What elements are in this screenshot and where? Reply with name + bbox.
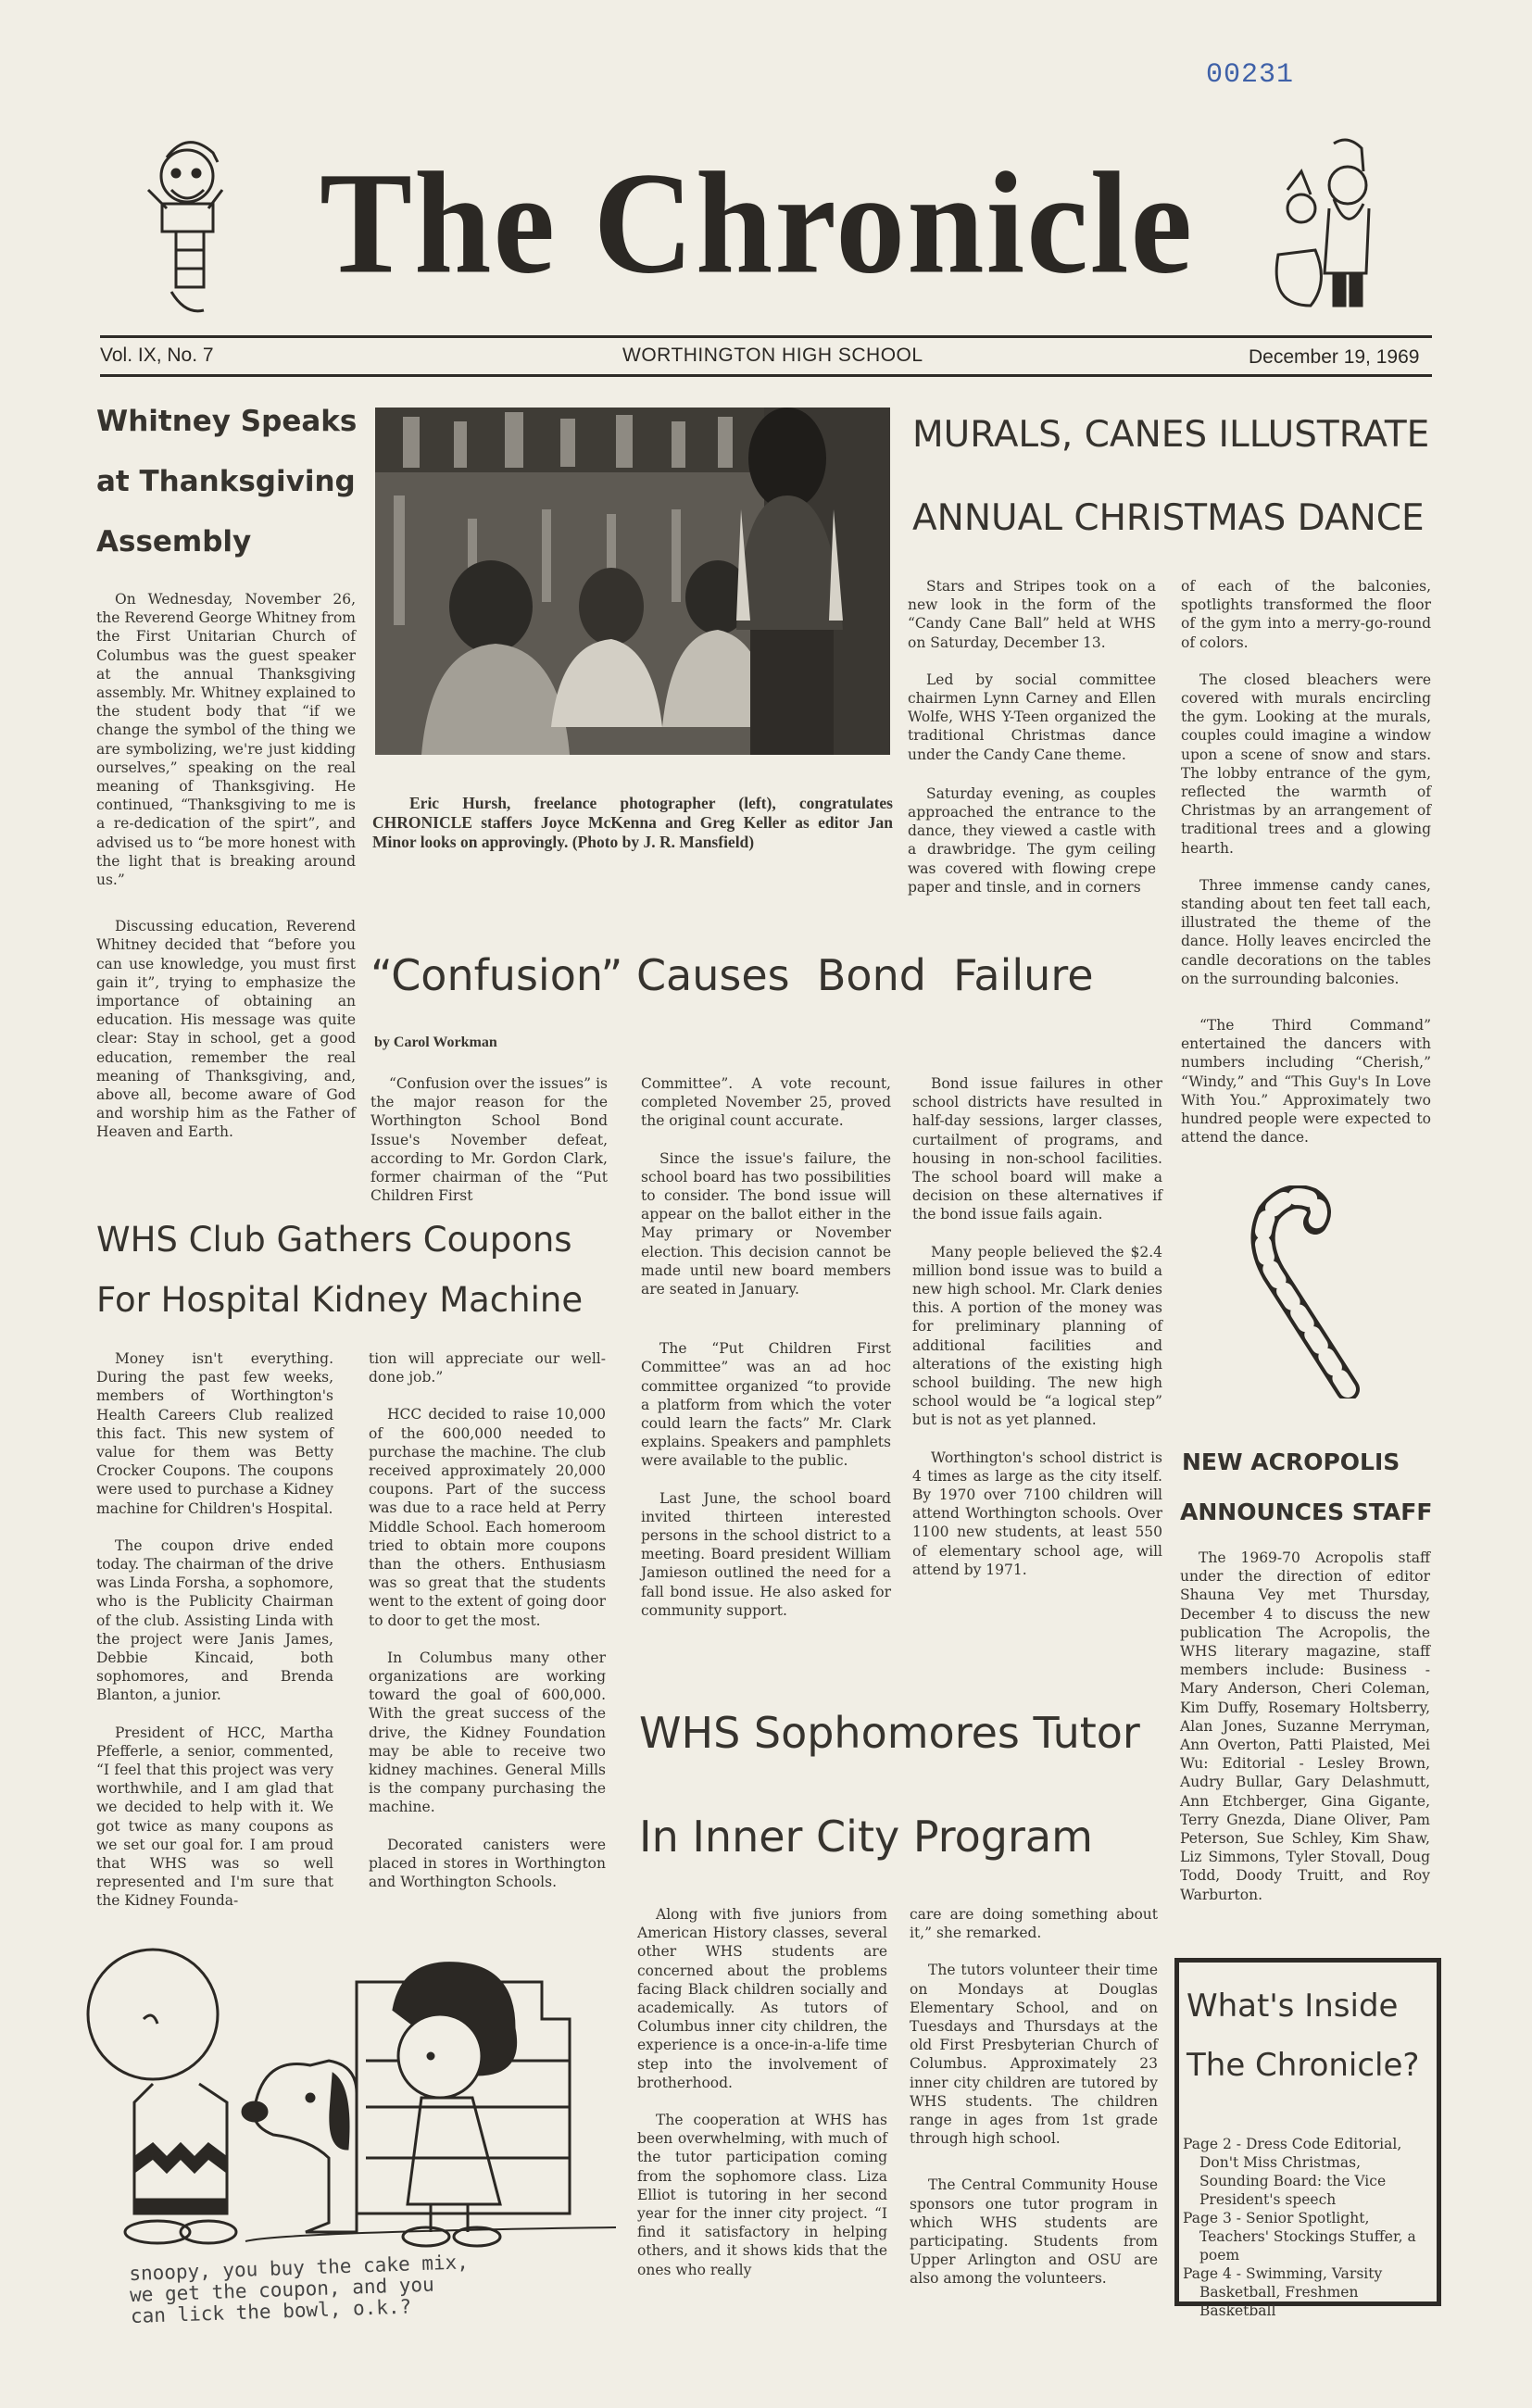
- candy-cane-icon: [1237, 1185, 1385, 1398]
- dance-headline-line-2: ANNUAL CHRISTMAS DANCE: [912, 500, 1425, 536]
- masthead-bottom-rule: [100, 374, 1432, 377]
- coupons-paragraph: Money isn't everything. During the past …: [96, 1349, 333, 1518]
- charlie-brown-icon: [88, 1950, 236, 2243]
- bond-paragraph: “Confusion over the issues” is the major…: [370, 1074, 608, 1205]
- bond-headline: “Confusion” Causes Bond Failure: [370, 954, 1094, 997]
- dance-paragraph: Three immense candy canes, standing abou…: [1181, 876, 1431, 988]
- coupons-paragraph: HCC decided to raise 10,000 of the 600,0…: [369, 1405, 606, 1629]
- photo-caption-text: Eric Hursh, freelance photographer (left…: [372, 794, 893, 851]
- whats-inside-item: Page 4 - Swimming, Varsity Basketball, F…: [1183, 2264, 1431, 2320]
- acropolis-paragraph: The 1969-70 Acropolis staff under the di…: [1180, 1549, 1430, 1904]
- bond-paragraph: Bond issue failures in other school dist…: [912, 1074, 1162, 1224]
- whats-inside-headline-line-1: What's Inside: [1187, 1990, 1398, 2022]
- coupons-headline-line-2: For Hospital Kidney Machine: [96, 1283, 583, 1317]
- dance-paragraph: Stars and Stripes took on a new look in …: [908, 577, 1156, 652]
- whitney-paragraph: On Wednesday, November 26, the Reverend …: [96, 590, 356, 889]
- whats-inside-box: What's Inside The Chronicle? Page 2 - Dr…: [1174, 1958, 1441, 2306]
- tutor-column-2: care are doing something about it,” she …: [910, 1905, 1158, 2307]
- whitney-paragraph: Discussing education, Reverend Whitney d…: [96, 917, 356, 1141]
- bond-column-3: Bond issue failures in other school dist…: [912, 1074, 1162, 1598]
- bond-column-2: Committee”. A vote recount, completed No…: [641, 1074, 891, 1638]
- tutor-column-1: Along with five juniors from American Hi…: [637, 1905, 887, 2298]
- bond-paragraph: Worthington's school district is 4 times…: [912, 1449, 1162, 1579]
- bond-paragraph: Last June, the school board invited thir…: [641, 1489, 891, 1620]
- acropolis-headline-line-1: NEW ACROPOLIS: [1182, 1450, 1400, 1474]
- coupons-column-1: Money isn't everything. During the past …: [96, 1349, 333, 1929]
- whitney-headline-line-1: Whitney Speaks: [96, 408, 356, 436]
- coupons-paragraph: tion will appreciate our well-done job.”: [369, 1349, 606, 1386]
- whats-inside-headline-line-2: The Chronicle?: [1187, 2050, 1419, 2081]
- tutor-paragraph: The tutors volunteer their time on Monda…: [910, 1961, 1158, 2148]
- whats-inside-item: Page 2 - Dress Code Editorial, Don't Mis…: [1183, 2135, 1431, 2209]
- tutor-paragraph: The cooperation at WHS has been overwhel…: [637, 2111, 887, 2279]
- tutor-headline-line-2: In Inner City Program: [639, 1815, 1093, 1858]
- dance-paragraph: Saturday evening, as couples approached …: [908, 784, 1156, 897]
- whitney-headline-line-3: Assembly: [96, 528, 356, 557]
- acropolis-body: The 1969-70 Acropolis staff under the di…: [1180, 1549, 1430, 1923]
- snoopy-icon: [243, 2061, 357, 2232]
- coupons-paragraph: In Columbus many other organizations are…: [369, 1649, 606, 1817]
- dance-headline-line-1: MURALS, CANES ILLUSTRATE: [912, 417, 1429, 453]
- school-name: WORTHINGTON HIGH SCHOOL: [622, 345, 923, 367]
- masthead-top-rule: [100, 335, 1432, 338]
- acropolis-headline-line-2: ANNOUNCES STAFF: [1180, 1500, 1432, 1524]
- peanuts-cartoon: [79, 1926, 616, 2260]
- tutor-paragraph: care are doing something about it,” she …: [910, 1905, 1158, 1942]
- tutor-headline-line-1: WHS Sophomores Tutor: [639, 1712, 1140, 1754]
- dance-column-1: Stars and Stripes took on a new look in …: [908, 577, 1156, 915]
- dance-column-2: of each of the balconies, spotlights tra…: [1181, 577, 1431, 1165]
- coupons-headline-line-1: WHS Club Gathers Coupons: [96, 1223, 572, 1257]
- bond-paragraph: Committee”. A vote recount, completed No…: [641, 1074, 891, 1131]
- bond-paragraph: The “Put Children First Committee” was a…: [641, 1339, 891, 1470]
- masthead-title: The Chronicle: [320, 140, 1194, 307]
- photo-caption: Eric Hursh, freelance photographer (left…: [372, 794, 893, 852]
- tutor-paragraph: The Central Community House sponsors one…: [910, 2176, 1158, 2288]
- bond-byline: by Carol Workman: [374, 1035, 497, 1051]
- coupons-column-2: tion will appreciate our well-done job.”…: [369, 1349, 606, 1910]
- bond-column-1: “Confusion over the issues” is the major…: [370, 1074, 608, 1223]
- whitney-headline-line-2: at Thanksgiving: [96, 468, 356, 496]
- issue-date: December 19, 1969: [1249, 346, 1419, 369]
- lucy-icon: [394, 1963, 516, 2246]
- dance-paragraph: of each of the balconies, spotlights tra…: [1181, 577, 1431, 652]
- whitney-body: On Wednesday, November 26, the Reverend …: [96, 590, 356, 1142]
- staff-photo: [375, 408, 890, 755]
- bond-paragraph: Since the issue's failure, the school bo…: [641, 1149, 891, 1299]
- santa-in-chimney-icon: [130, 134, 250, 315]
- santa-and-elf-icon: [1260, 134, 1389, 315]
- whats-inside-item: Page 3 - Senior Spotlight, Teachers' Sto…: [1183, 2209, 1431, 2264]
- tutor-paragraph: Along with five juniors from American Hi…: [637, 1905, 887, 2092]
- coupons-paragraph: President of HCC, Martha Pfefferle, a se…: [96, 1724, 333, 1911]
- coupons-paragraph: The coupon drive ended today. The chairm…: [96, 1536, 333, 1705]
- dance-paragraph: “The Third Command” entertained the danc…: [1181, 1016, 1431, 1147]
- whats-inside-list: Page 2 - Dress Code Editorial, Don't Mis…: [1183, 2135, 1431, 2320]
- coupons-paragraph: Decorated canisters were placed in store…: [369, 1836, 606, 1892]
- newspaper-page: 00231 The Chronicle Vol. IX, No. 7 WORTH…: [0, 0, 1532, 2408]
- dance-paragraph: The closed bleachers were covered with m…: [1181, 671, 1431, 858]
- archive-stamp-number: 00231: [1206, 59, 1294, 91]
- bond-paragraph: Many people believed the $2.4 million bo…: [912, 1243, 1162, 1430]
- volume-number: Vol. IX, No. 7: [100, 345, 214, 367]
- whitney-article: Whitney Speaks at Thanksgiving Assembly …: [96, 408, 356, 1160]
- dance-paragraph: Led by social committee chairmen Lynn Ca…: [908, 671, 1156, 764]
